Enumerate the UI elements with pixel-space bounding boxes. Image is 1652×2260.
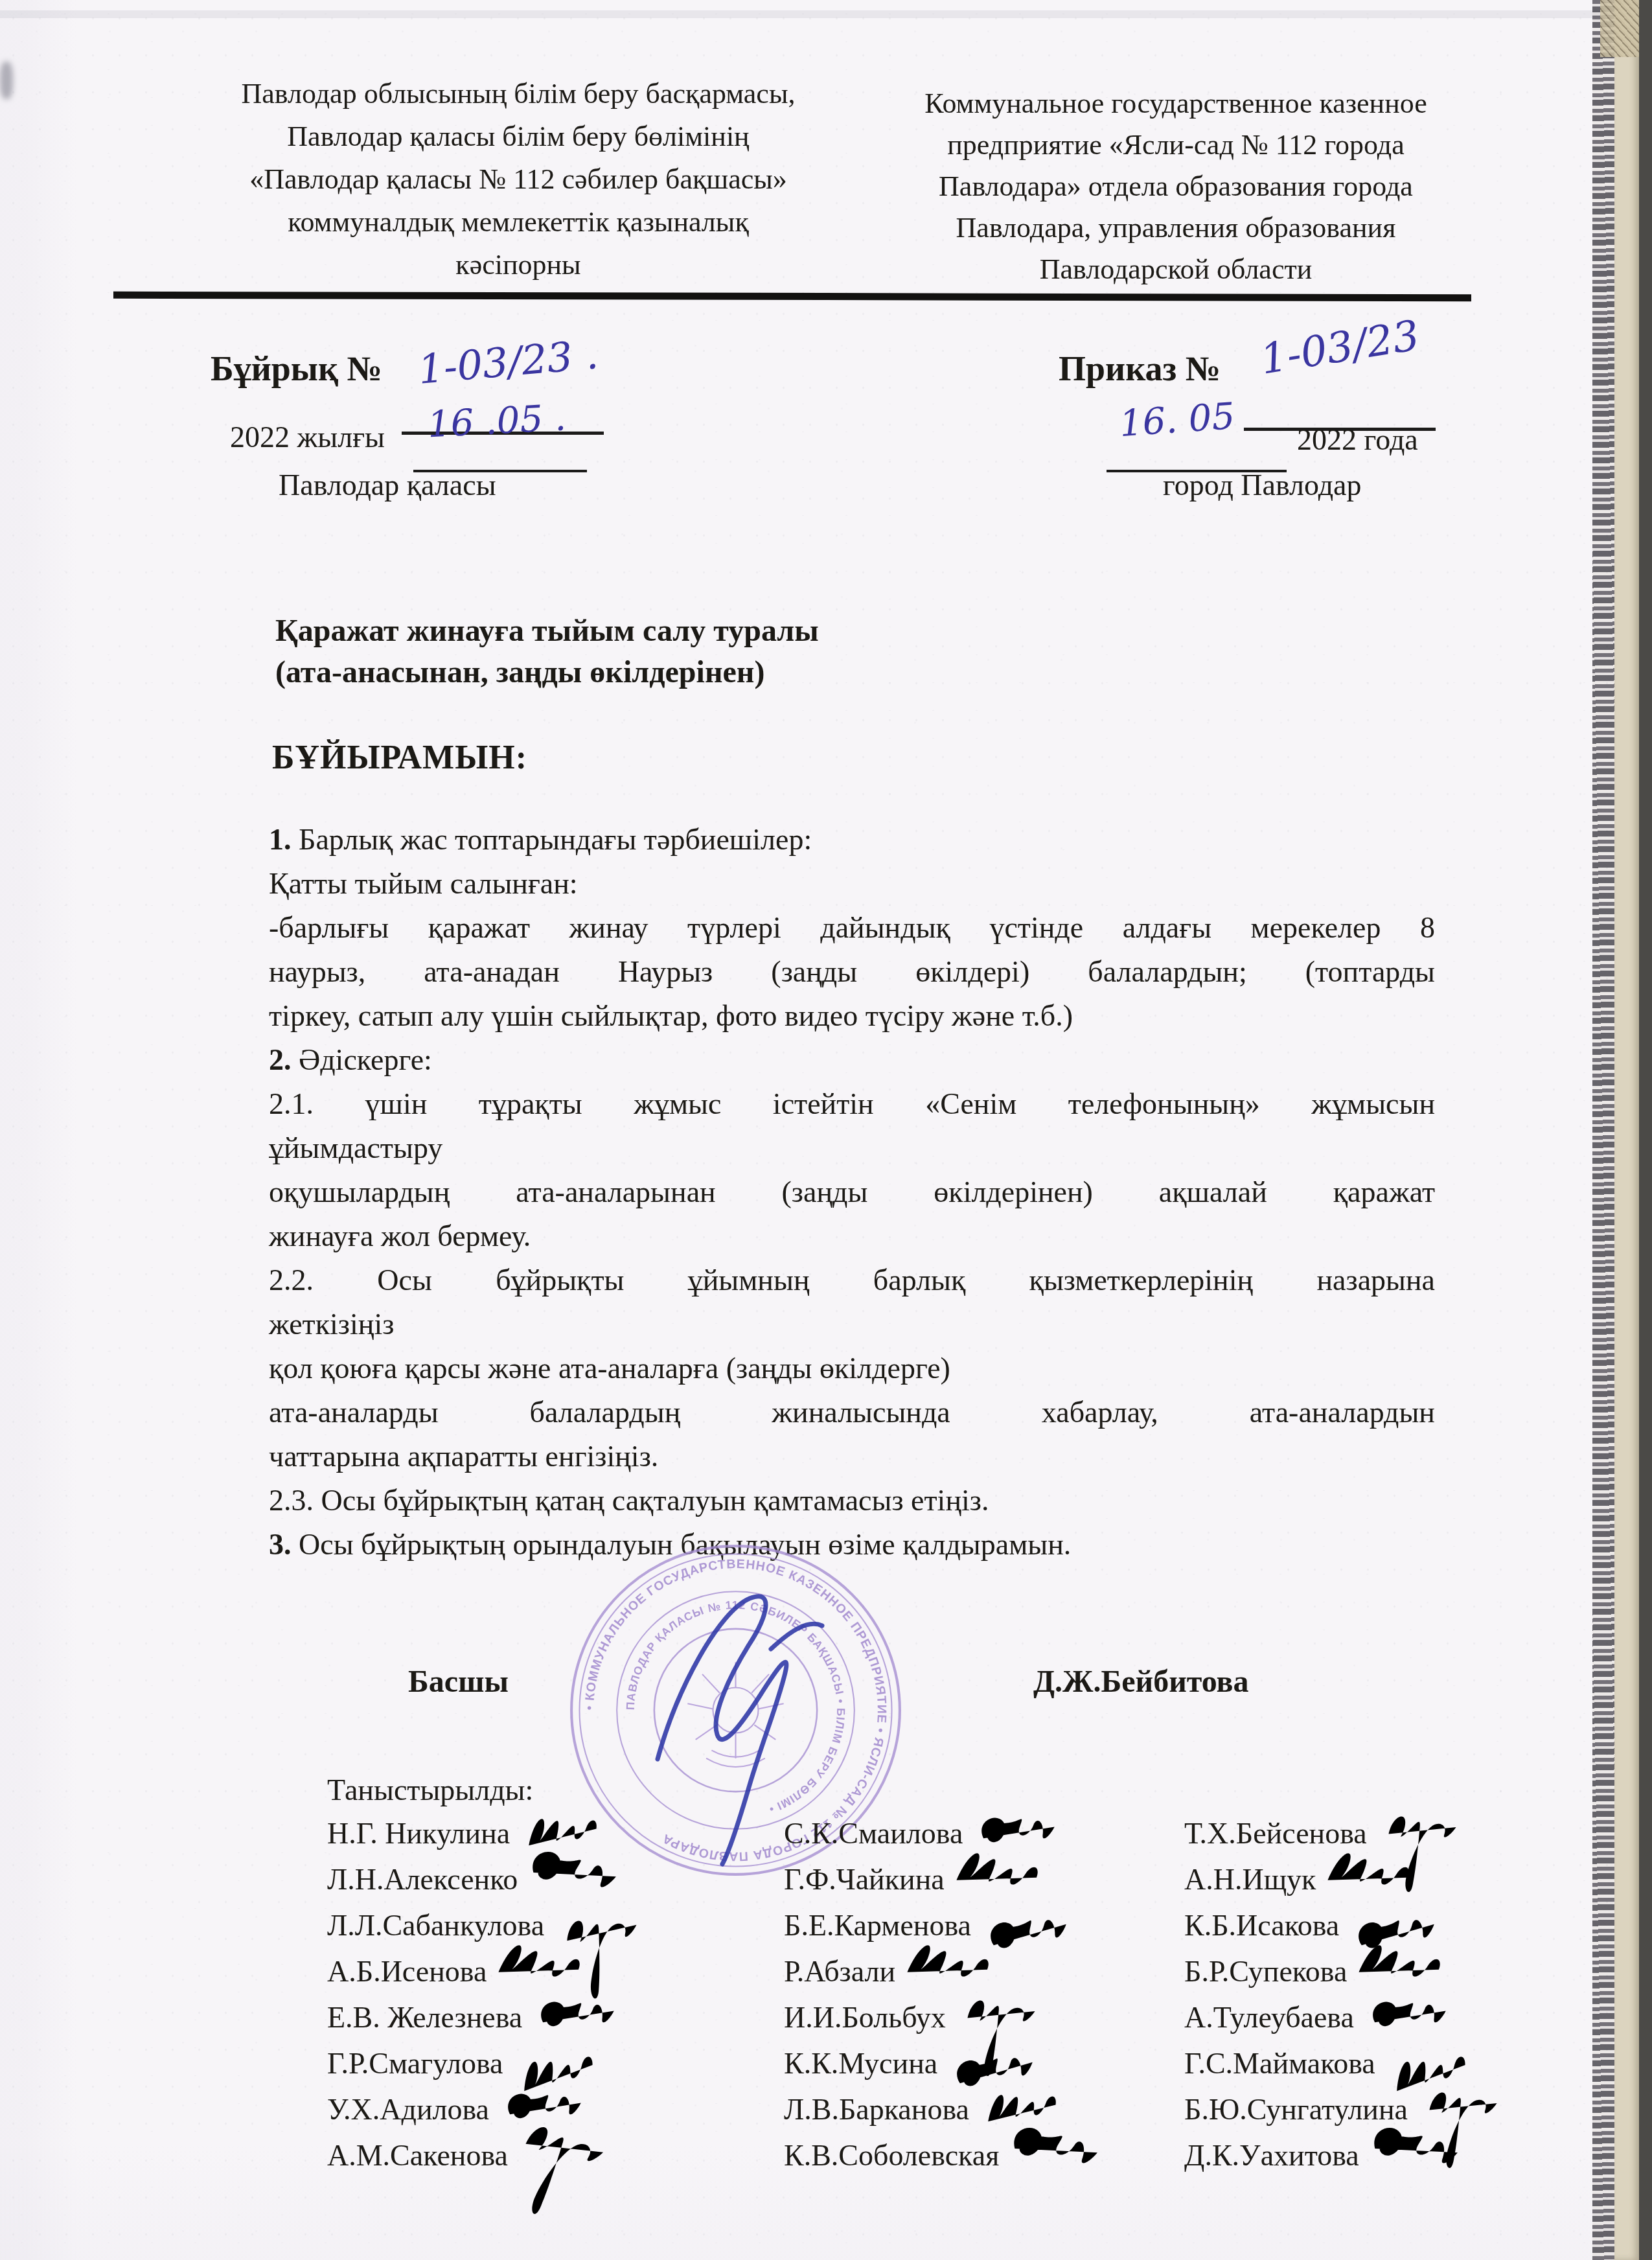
person-name: Б.Р.Супекова bbox=[1184, 1954, 1347, 1989]
person-name: Е.В. Железнева bbox=[327, 2000, 522, 2035]
signatory-name: Д.Ж.Бейбитова bbox=[1033, 1664, 1249, 1700]
handwritten-signature bbox=[894, 1931, 1009, 1988]
order-number-handwritten-kazakh: 1-03/23 . bbox=[416, 330, 600, 393]
handwritten-signature bbox=[485, 1931, 601, 1988]
acquainted-row: А.М.Сакенова bbox=[327, 2132, 648, 2178]
scan-torn-page-edge bbox=[1592, 0, 1614, 2260]
org-header-russian-line: Павлодара, управления образования bbox=[868, 207, 1484, 249]
person-name: Н.Г. Никулина bbox=[327, 1816, 510, 1851]
acquainted-row: К.В.Соболевская bbox=[784, 2132, 1103, 2178]
city-kazakh: Павлодар қаласы bbox=[279, 468, 496, 502]
person-name: А.М.Сакенова bbox=[327, 2138, 508, 2173]
date-prefix-kazakh: 2022 жылғы bbox=[230, 420, 385, 454]
body-line-number: 3. bbox=[269, 1528, 292, 1561]
body-line: 2. Әдіскерге: bbox=[269, 1038, 1435, 1082]
order-number-handwritten-russian: 1-03/23 bbox=[1257, 312, 1423, 384]
org-header-russian: Коммунальное государственное казенное пр… bbox=[868, 83, 1484, 290]
handwritten-signature bbox=[1314, 1839, 1430, 1896]
body-line: қол қоюға қарсы және ата-аналарға (заңды… bbox=[269, 1346, 1435, 1390]
person-name: Р.Абзали bbox=[784, 1954, 895, 1989]
handwritten-signature bbox=[1346, 1931, 1461, 1988]
date-handwritten-russian: 16. 05 bbox=[1118, 395, 1236, 445]
person-name: У.Х.Адилова bbox=[327, 2092, 489, 2127]
body-line: 1. Барлық жас топтарындағы тәрбиешілер: bbox=[269, 818, 1435, 862]
person-name: С.К.Смаилова bbox=[784, 1816, 963, 1851]
order-body: 1. Барлық жас топтарындағы тәрбиешілер: … bbox=[269, 818, 1435, 1567]
org-header-kazakh-line: Павлодар қаласы білім беру бөлімінің bbox=[211, 115, 826, 158]
body-line-number: 1. bbox=[269, 823, 292, 856]
person-name: А.Н.Ищук bbox=[1184, 1862, 1316, 1897]
body-line: наурыз, ата-анадан Наурыз (заңды өкілдер… bbox=[269, 950, 1435, 994]
body-line: чаттарына ақпаратты енгізіңіз. bbox=[269, 1435, 1435, 1479]
order-title-line1: Қаражат жинауға тыйым салу туралы bbox=[275, 610, 819, 652]
person-name: Г.С.Маймакова bbox=[1184, 2046, 1375, 2081]
date-suffix-russian: 2022 года bbox=[1297, 422, 1418, 457]
scan-background-band bbox=[1639, 0, 1652, 2260]
body-line: 2.1. үшін тұрақты жұмыс істейтін «Сенім … bbox=[269, 1082, 1435, 1126]
header-divider-rule bbox=[113, 292, 1471, 301]
acquainted-column-1: Н.Г. Никулина Л.Н.Алексенко Л.Л.Сабанкул… bbox=[327, 1810, 648, 2178]
body-line: Қатты тыйым салынған: bbox=[269, 862, 1435, 906]
acquainted-row: Е.В. Железнева bbox=[327, 1994, 648, 2040]
acquainted-row: А.Тулеубаева bbox=[1184, 1994, 1511, 2040]
handwritten-signature bbox=[998, 2115, 1113, 2172]
scan-left-smudge bbox=[0, 62, 13, 99]
decree-word: БҰЙЫРАМЫН: bbox=[272, 739, 527, 777]
scan-top-edge bbox=[0, 10, 1652, 18]
body-line: оқушылардың ата-аналарынан (заңды өкілде… bbox=[269, 1170, 1435, 1214]
acquainted-row: Д.К.Уахитова bbox=[1184, 2132, 1511, 2178]
body-line: тіркеу, сатып алу үшін сыйлықтар, фото в… bbox=[269, 994, 1435, 1038]
body-line-number: 2. bbox=[269, 1043, 292, 1076]
body-line: ата-аналарды балалардың жиналысында хаба… bbox=[269, 1390, 1435, 1435]
person-name: Г.Ф.Чайкина bbox=[784, 1862, 945, 1897]
date-handwritten-kazakh: 16 .05 . bbox=[426, 397, 567, 446]
org-header-kazakh: Павлодар облысының білім беру басқармасы… bbox=[211, 73, 826, 286]
org-header-kazakh-line: коммуналдық мемлекеттік қазыналық bbox=[211, 201, 826, 244]
person-name: К.В.Соболевская bbox=[784, 2138, 999, 2173]
body-line: жинауға жол бермеу. bbox=[269, 1214, 1435, 1258]
scan-underlying-pages-edge bbox=[1614, 0, 1639, 2260]
person-name: Г.Р.Смагулова bbox=[327, 2046, 503, 2081]
order-title: Қаражат жинауға тыйым салу туралы (ата-а… bbox=[275, 610, 819, 693]
org-header-russian-line: предприятие «Ясли-сад № 112 города bbox=[868, 124, 1484, 166]
acquainted-row: Г.Ф.Чайкина bbox=[784, 1856, 1103, 1902]
person-name: Л.В.Барканова bbox=[784, 2092, 969, 2127]
scan-corner-hatch bbox=[1600, 0, 1639, 57]
person-name: К.Б.Исакова bbox=[1184, 1908, 1339, 1943]
handwritten-signature bbox=[1357, 2115, 1473, 2172]
order-label-russian: Приказ № bbox=[1059, 349, 1221, 389]
org-header-kazakh-line: Павлодар облысының білім беру басқармасы… bbox=[211, 73, 826, 115]
body-line: -барлығы қаражат жинау түрлері дайындық … bbox=[269, 906, 1435, 950]
handwritten-signature bbox=[506, 2115, 621, 2172]
acquainted-row: Л.Н.Алексенко bbox=[327, 1856, 648, 1902]
body-line: жеткізіңіз bbox=[269, 1302, 1435, 1346]
acquainted-column-2: С.К.Смаилова Г.Ф.Чайкина Б.Е.Карменова Р… bbox=[784, 1810, 1103, 2178]
org-header-kazakh-line: «Павлодар қаласы № 112 сәбилер бақшасы» bbox=[211, 158, 826, 201]
acquainted-row: А.Н.Ищук bbox=[1184, 1856, 1511, 1902]
person-name: Д.К.Уахитова bbox=[1184, 2138, 1359, 2173]
handwritten-signature bbox=[516, 1839, 632, 1896]
person-name: Л.Н.Алексенко bbox=[327, 1862, 518, 1897]
order-label-kazakh: Бұйрық № bbox=[211, 349, 382, 389]
org-header-russian-line: Коммунальное государственное казенное bbox=[868, 83, 1484, 124]
signatory-role: Басшы bbox=[408, 1664, 509, 1700]
acquainted-row: Р.Абзали bbox=[784, 1948, 1103, 1994]
body-line: 2.2. Осы бұйрықты ұйымның барлық қызметк… bbox=[269, 1258, 1435, 1302]
acquainted-label: Таныстырылды: bbox=[327, 1773, 533, 1807]
body-line: 2.3. Осы бұйрықтың қатаң сақталуын қамта… bbox=[269, 1479, 1435, 1523]
org-header-russian-line: Павлодара» отдела образования города bbox=[868, 166, 1484, 207]
city-russian: город Павлодар bbox=[1163, 468, 1362, 502]
org-header-kazakh-line: кәсіпорны bbox=[211, 244, 826, 286]
org-header-russian-line: Павлодарской области bbox=[868, 249, 1484, 290]
person-name: И.И.Больбух bbox=[784, 2000, 946, 2035]
person-name: К.К.Мусина bbox=[784, 2046, 937, 2081]
acquainted-column-3: Т.Х.Бейсенова А.Н.Ищук К.Б.Исакова Б.Р.С… bbox=[1184, 1810, 1511, 2178]
acquainted-row: Г.С.Маймакова bbox=[1184, 2040, 1511, 2086]
acquainted-row: Г.Р.Смагулова bbox=[327, 2040, 648, 2086]
acquainted-row: И.И.Больбух bbox=[784, 1994, 1103, 2040]
person-name: А.Тулеубаева bbox=[1184, 2000, 1354, 2035]
acquainted-row: Б.Р.Супекова bbox=[1184, 1948, 1511, 1994]
person-name: А.Б.Исенова bbox=[327, 1954, 487, 1989]
handwritten-signature bbox=[943, 1839, 1058, 1896]
body-line: ұйымдастыру bbox=[269, 1126, 1435, 1170]
order-title-line2: (ата-анасынан, заңды өкілдерінен) bbox=[275, 652, 819, 693]
